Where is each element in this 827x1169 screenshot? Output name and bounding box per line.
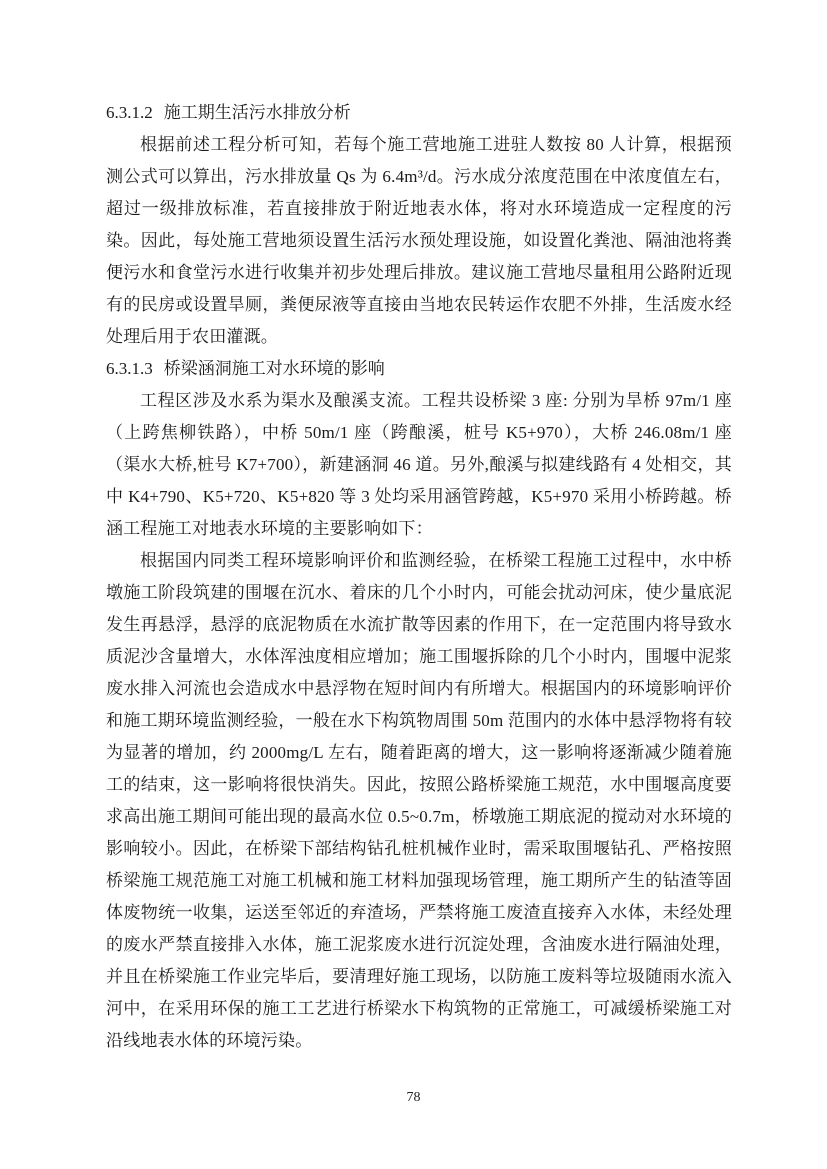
section-title: 桥梁涵洞施工对水环境的影响: [164, 359, 385, 378]
section-title: 施工期生活污水排放分析: [164, 103, 351, 122]
section-number: 6.3.1.3: [106, 359, 153, 378]
section-heading-6313: 6.3.1.3桥梁涵洞施工对水环境的影响: [106, 353, 732, 385]
section-heading-6312: 6.3.1.2施工期生活污水排放分析: [106, 97, 732, 129]
body-paragraph: 根据国内同类工程环境影响评价和监测经验，在桥梁工程施工过程中，水中桥墩施工阶段筑…: [106, 545, 732, 1057]
page-number: 78: [407, 1090, 421, 1105]
document-page: 6.3.1.2施工期生活污水排放分析 根据前述工程分析可知，若每个施工营地施工进…: [0, 0, 827, 1169]
body-paragraph: 根据前述工程分析可知，若每个施工营地施工进驻人数按 80 人计算，根据预测公式可…: [106, 129, 732, 353]
document-body: 6.3.1.2施工期生活污水排放分析 根据前述工程分析可知，若每个施工营地施工进…: [106, 97, 732, 1057]
section-number: 6.3.1.2: [106, 103, 153, 122]
body-paragraph: 工程区涉及水系为渠水及酿溪支流。工程共设桥梁 3 座: 分别为旱桥 97m/1 …: [106, 385, 732, 545]
page-footer: 78: [0, 1088, 827, 1108]
